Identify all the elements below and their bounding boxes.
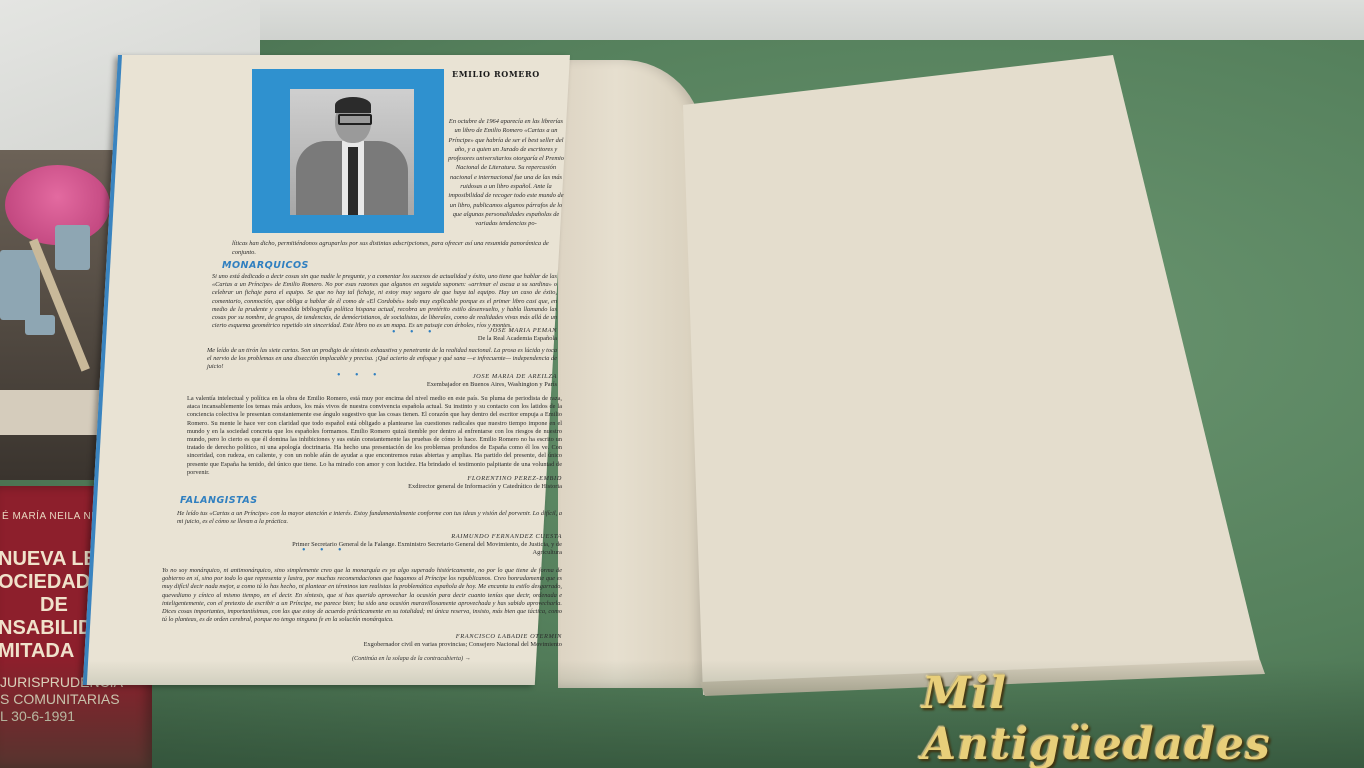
gutter-page [558, 60, 703, 688]
author-photo-frame [252, 69, 444, 233]
quote-role: Exgobernador civil en varias provincias;… [182, 641, 562, 649]
quote-author: JOSE MARIA PEMAN [332, 327, 557, 335]
blue-block [0, 250, 40, 320]
section-title-falangistas: FALANGISTAS [180, 495, 258, 506]
separator-dots: • • • [337, 370, 383, 381]
quote-text: Me leído de un tirón las siete cartas. S… [207, 347, 557, 372]
quote-text: He leído tus «Cartas a un Príncipe» con … [177, 510, 562, 526]
quote-role: Exdirector general de Información y Cate… [222, 483, 562, 491]
intro-text: En octubre de 1964 aparecía en las libre… [447, 117, 565, 229]
quote-author: RAIMUNDO FERNANDEZ CUESTA [292, 533, 562, 541]
quote-signature: FLORENTINO PEREZ-EMBID Exdirector genera… [222, 475, 562, 491]
quote-signature: FRANCISCO LABADIE OTERMIN Exgobernador c… [182, 633, 562, 649]
quote-text: Si uno está dedicado a decir cosas sin q… [212, 273, 557, 330]
quote-text: Yo no soy monárquico, ni antimonárquico,… [162, 567, 562, 624]
author-heading: EMILIO ROMERO [452, 69, 540, 79]
glasses-icon [338, 114, 372, 125]
intro-text-continued: líticas han dicho, permitiéndonos agrupa… [232, 239, 562, 257]
hair-shape [335, 97, 371, 113]
quote-author: FLORENTINO PEREZ-EMBID [222, 475, 562, 483]
dust-jacket-flap: EMILIO ROMERO En octubre de 1964 aparecí… [83, 55, 570, 685]
quote-signature: JOSE MARIA PEMAN De la Real Academia Esp… [332, 327, 557, 343]
section-title-monarquicos: MONARQUICOS [222, 260, 309, 271]
tie-shape [348, 147, 358, 215]
watermark-logo: Mil Antigüedades [922, 668, 1364, 768]
quote-author: FRANCISCO LABADIE OTERMIN [182, 633, 562, 641]
quote-text: La valentía intelectual y política en la… [187, 395, 562, 477]
author-photo [290, 89, 414, 215]
blue-block [55, 225, 90, 270]
blue-block [25, 315, 55, 335]
quote-role: De la Real Academia Española [332, 335, 557, 343]
separator-dots: • • • [302, 545, 348, 556]
quote-role: Exembajador en Buenos Aires, Washington … [322, 381, 557, 389]
